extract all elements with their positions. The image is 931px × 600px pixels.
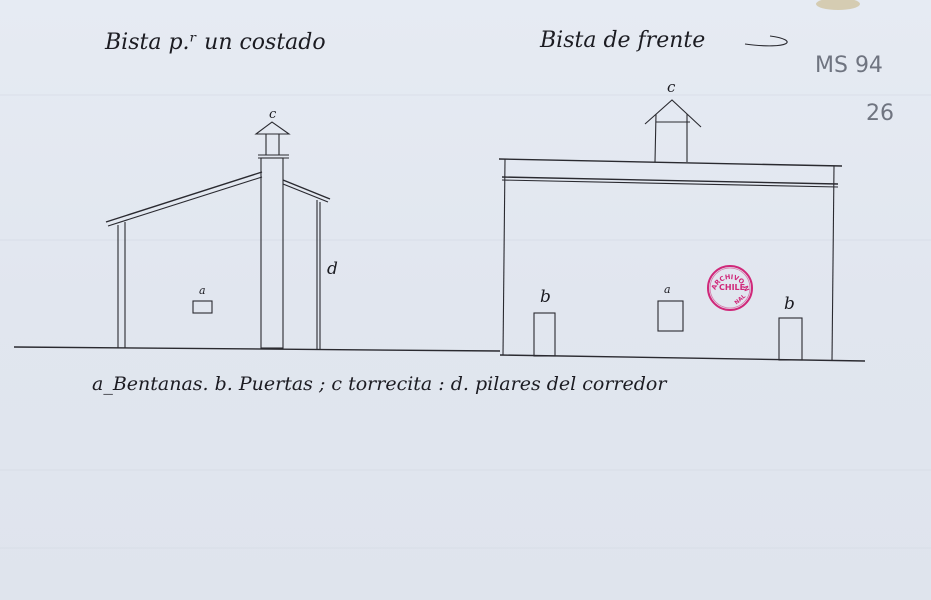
paper-stain [816,0,860,10]
front-elevation: c b a b [499,78,865,361]
title-flourish [745,36,787,46]
side-turret-cap [256,122,289,134]
archive-stamp: ARCHIVO NAC CHILE NAL [708,266,752,310]
side-label-a: a [199,284,206,297]
front-wall-left [503,159,505,355]
front-door-right [779,318,802,360]
front-view-title: Bista de frente [539,28,705,53]
front-window [658,301,683,331]
front-turret-roof [645,100,701,127]
side-label-d: d [327,259,338,279]
legend: a_Bentanas. b. Puertas ; c torrecita : d… [92,373,668,395]
side-view-title: Bista p.ʳ un costado [104,30,326,55]
side-label-c: c [269,107,277,122]
side-roof-right [283,180,330,199]
manuscript-sheet: Bista p.ʳ un costado Bista de frente MS … [0,0,931,600]
side-window [193,301,212,313]
side-roof-left [106,172,262,222]
elevation-drawing: Bista p.ʳ un costado Bista de frente MS … [0,0,931,600]
stamp-center-text: CHILE [719,283,745,292]
front-label-b-left: b [540,287,551,307]
front-label-c: c [667,78,676,96]
side-ground-line [14,347,500,351]
front-label-b-right: b [784,294,795,314]
front-label-a: a [664,283,671,296]
side-turret-shaft [261,158,283,348]
front-wall-right [832,166,834,361]
archive-catalog-mark: MS 94 [815,53,883,78]
side-elevation: c a d [14,107,500,351]
front-roof-line [499,159,842,166]
paper-texture [0,95,931,548]
archive-page-mark: 26 [866,101,894,126]
front-door-left [534,313,555,356]
front-turret [655,114,656,162]
